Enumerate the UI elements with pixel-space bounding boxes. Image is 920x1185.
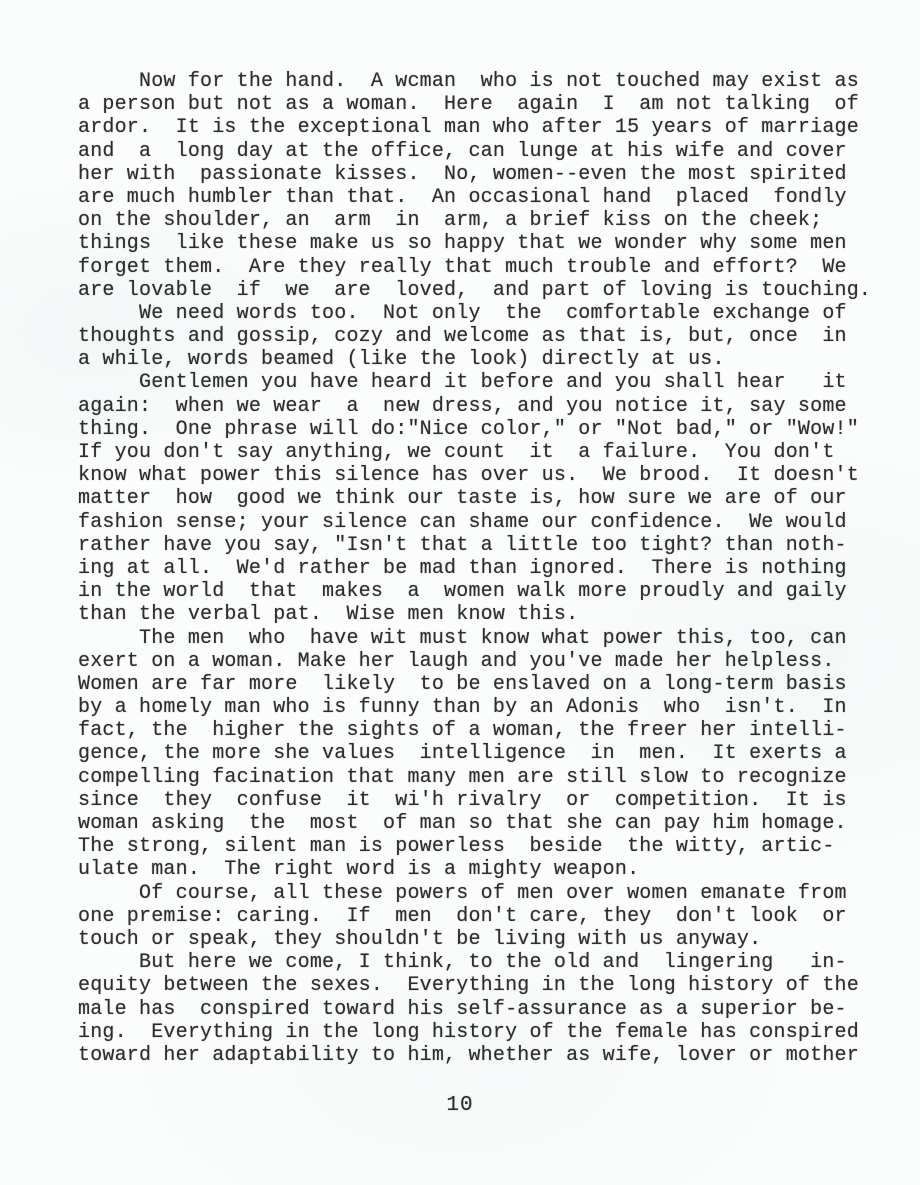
text-line: compelling facination that many men are … <box>78 766 871 789</box>
text-line: things like these make us so happy that … <box>78 232 871 255</box>
text-line: her with passionate kisses. No, women--e… <box>78 163 871 186</box>
text-line: are much humbler than that. An occasiona… <box>78 186 871 209</box>
text-line: one premise: caring. If men don't care, … <box>78 905 871 928</box>
page-number: 10 <box>0 1094 920 1117</box>
document-page: Now for the hand. A wcman who is not tou… <box>0 0 920 1185</box>
text-line: in the world that makes a women walk mor… <box>78 580 871 603</box>
body-text: Now for the hand. A wcman who is not tou… <box>78 70 871 1067</box>
text-line: ulate man. The right word is a mighty we… <box>78 858 871 881</box>
text-line: The strong, silent man is powerless besi… <box>78 835 871 858</box>
text-line: touch or speak, they shouldn't be living… <box>78 928 871 951</box>
text-line: ardor. It is the exceptional man who aft… <box>78 116 871 139</box>
text-line: thing. One phrase will do:"Nice color," … <box>78 418 871 441</box>
text-line: toward her adaptability to him, whether … <box>78 1044 871 1067</box>
text-line: The men who have wit must know what powe… <box>78 627 871 650</box>
text-line: Now for the hand. A wcman who is not tou… <box>78 70 871 93</box>
text-line: on the shoulder, an arm in arm, a brief … <box>78 209 871 232</box>
text-line: Of course, all these powers of men over … <box>78 882 871 905</box>
text-line: fact, the higher the sights of a woman, … <box>78 719 871 742</box>
text-line: since they confuse it wi'h rivalry or co… <box>78 789 871 812</box>
text-line: gence, the more she values intelligence … <box>78 742 871 765</box>
text-line: than the verbal pat. Wise men know this. <box>78 603 871 626</box>
text-line: thoughts and gossip, cozy and welcome as… <box>78 325 871 348</box>
text-line: We need words too. Not only the comforta… <box>78 302 871 325</box>
text-line: fashion sense; your silence can shame ou… <box>78 511 871 534</box>
text-line: Gentlemen you have heard it before and y… <box>78 371 871 394</box>
text-line: male has conspired toward his self-assur… <box>78 998 871 1021</box>
text-line: are lovable if we are loved, and part of… <box>78 279 871 302</box>
text-line: exert on a woman. Make her laugh and you… <box>78 650 871 673</box>
text-line: rather have you say, "Isn't that a littl… <box>78 534 871 557</box>
text-line: by a homely man who is funny than by an … <box>78 696 871 719</box>
text-line: matter how good we think our taste is, h… <box>78 487 871 510</box>
text-line: again: when we wear a new dress, and you… <box>78 395 871 418</box>
text-line: know what power this silence has over us… <box>78 464 871 487</box>
text-line: Women are far more likely to be enslaved… <box>78 673 871 696</box>
text-line: equity between the sexes. Everything in … <box>78 974 871 997</box>
text-line: a person but not as a woman. Here again … <box>78 93 871 116</box>
text-line: ing at all. We'd rather be mad than igno… <box>78 557 871 580</box>
text-line: forget them. Are they really that much t… <box>78 256 871 279</box>
text-line: ing. Everything in the long history of t… <box>78 1021 871 1044</box>
text-line: a while, words beamed (like the look) di… <box>78 348 871 371</box>
text-line: If you don't say anything, we count it a… <box>78 441 871 464</box>
text-line: and a long day at the office, can lunge … <box>78 140 871 163</box>
text-line: But here we come, I think, to the old an… <box>78 951 871 974</box>
text-line: woman asking the most of man so that she… <box>78 812 871 835</box>
